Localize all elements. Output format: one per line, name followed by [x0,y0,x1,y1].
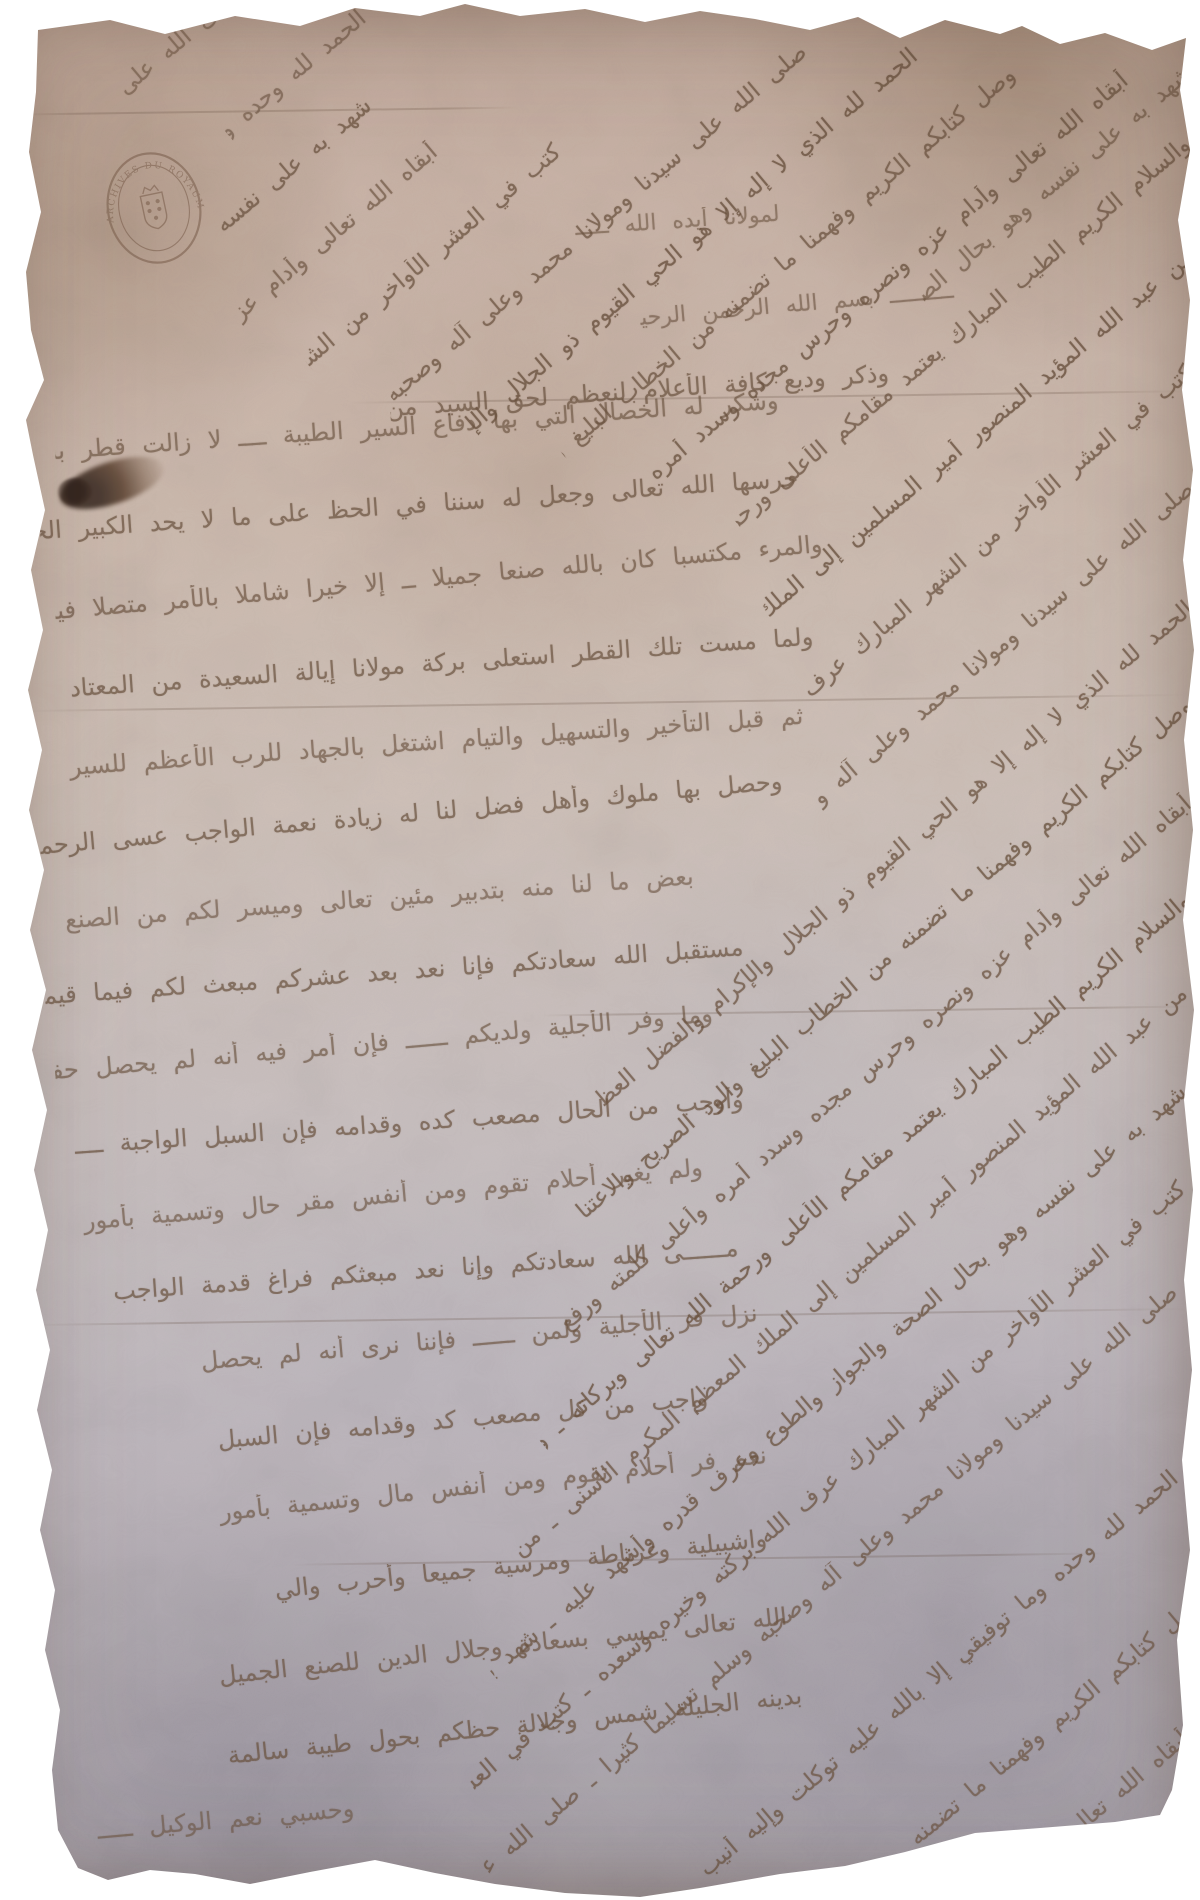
archive-stamp: ARCHIVES DU ROYAUME [98,146,210,270]
main-script-line: واجب من كل مصعب كد وقدامه فإن السبل [129,1384,709,1462]
main-script-line: وذكر وديع كافة الأعلام لنعظم لحق السيد م… [389,359,890,422]
main-script-line: مستقبل الله سعادتكم فإنا نعد بعد عشركم م… [44,933,744,1010]
main-script-line: ولم يغير أحلام تقوم ومن أنفس مقر حال وتس… [54,1153,704,1238]
main-script-line: وأوجب من الحال مصعب كده وقدامه فإن السبل… [44,1085,744,1162]
diagonal-script-line: شهد به على نفسه وعرف قدره ـ شهد به على ن… [207,92,377,240]
diagonal-script-line: من عبد الله المؤيد المنصور أمير المسلمين… [757,244,1199,621]
diagonal-script-line: والسلام الكريم الطيب المبارك يعتمد مقامك… [727,132,1196,531]
diagonal-script-line: الحمد لله وحده وصلى الله ـ الحمد لله وحد… [217,5,372,141]
diagonal-script-line: صلى الله على سيدنا ومولانا محمد وعلى آله… [477,1279,1183,1877]
main-script-line: ولما مست تلك القطر استعلى بركة مولانا إي… [34,623,814,705]
main-script-line: وحسبي نعم الوكيل ـــــ [94,1794,355,1845]
main-script-line: الله تعالى يمسي بسعادة وجلال الدين للصنع… [199,1602,789,1692]
handwritten-script-layer: لمولانا أيده الله ــــــــــــــــــــ ب… [0,0,1200,1900]
main-script-line: والمرء مكتسبا كان بالله صنعا جميلا ــ إل… [54,530,824,625]
stamp-shield-icon [139,184,169,231]
main-script-line: لمولانا أيده الله ــــــــــ [574,201,780,240]
main-script-line: وشكر له الخصال التي بها دفاع السير الطيب… [54,386,779,465]
main-script-line: نزل فر الأجلية ولمن ــــــ فإننا نرى أنه… [59,1299,759,1388]
main-script-line: مــــــى الله سعادتكم وإنا نعد مبعثكم فر… [49,1234,739,1310]
diagonal-script-line: وصل كتابكم الكريم وفهمنا ما تضمنه ـ وصل … [872,1588,1200,1878]
main-script-line: نعم فر أحلام تقوم ومن أنفس مال وتسمية بأ… [109,1441,768,1538]
diagonal-script-line: كتب في العشر الأواخر من الشهر المبارك عر… [462,1176,1191,1794]
diagonal-script-line: أبقاه الله تعالى وأدام عزه ونصره وحرس مج… [642,67,1134,485]
main-script-line: بعض ما لنا منه بتدبير مئين تعالى وميسر ل… [54,862,694,935]
diagonal-script-line: وصل كتابكم الكريم وفهمنا ما تضمنه من الخ… [552,62,1021,461]
diagonal-script-line: شهد به على نفسه وهو بحال الصحة والجواز و… [482,1079,1192,1681]
main-script-line: واشبيلية وغرناطة ومرسية جميعا وأحرب والي [169,1524,769,1615]
diagonal-script-line: الحمد لله وحده وما توفيقي إلا بالله عليه… [692,1465,1184,1883]
diagonal-script-line: وصل كتابكم الكريم وفهمنا ما تضمنه من الخ… [572,693,1198,1224]
diagonal-script-line: كتب في العشر الأواخر من الشهر المبارك عر… [787,360,1198,711]
diagonal-script-line: من عبد الله المؤيد المنصور أمير المسلمين… [502,980,1193,1566]
main-script-line: ثم قبل التأخير والتسهيل والتيام اشتغل با… [54,702,804,782]
main-script-line: بدينه الجليلة شمس وجلالة حظكم بحول طيبة … [224,1681,804,1769]
diagonal-script-line: شهد به على نفسه وهو بحال الصحة والجواز ـ… [912,61,1197,306]
diagonal-script-line: كتب في العشر الأواخر من الشهر المبارك ـ … [297,139,567,371]
ink-blot-dark-spot [58,478,92,505]
main-script-line: وما وفر الأجلية ولديكم ــــــ فإن أمر في… [54,1000,714,1085]
diagonal-script-line: والسلام الكريم الطيب المبارك يعتمد مقامك… [532,888,1196,1451]
diagonal-script-line: صلى الله على سيدنا محمد ـ صلى الله على س… [112,0,244,101]
main-script-line: وحصل بها ملوك وأهل فضل لنا له زيادة نعمة… [39,767,784,860]
main-script-line: ــــــــــ بسم الله الرحمن الرحيم [639,278,955,330]
diagonal-script-line: أبقاه الله تعالى وأدام عزه ونصره ـ أبقاه… [227,139,443,326]
diagonal-script-line: الحمد لله الذي لا إله إلا هو الحي القيوم… [592,596,1199,1111]
diagonal-script-line: أبقاه الله تعالى وأدام عزه ونصره وحرس مج… [552,791,1197,1338]
parchment: لمولانا أيده الله ــــــــــــــــــــ ب… [0,0,1200,1900]
manuscript-photo: لمولانا أيده الله ــــــــــــــــــــ ب… [0,0,1200,1900]
diagonal-script-line: أبقاه الله تعالى ـ أبقاه الله تعالى ـ أب… [1032,1726,1194,1868]
diagonal-script-line: صلى الله على سيدنا ومولانا محمد وعلى آله… [382,39,812,406]
diagonal-script-line: الحمد لله الذي لا إله إلا هو الحي القيوم… [462,43,923,436]
diagonal-script-line: صلى الله على سيدنا ومولانا محمد وعلى آله… [807,476,1199,811]
